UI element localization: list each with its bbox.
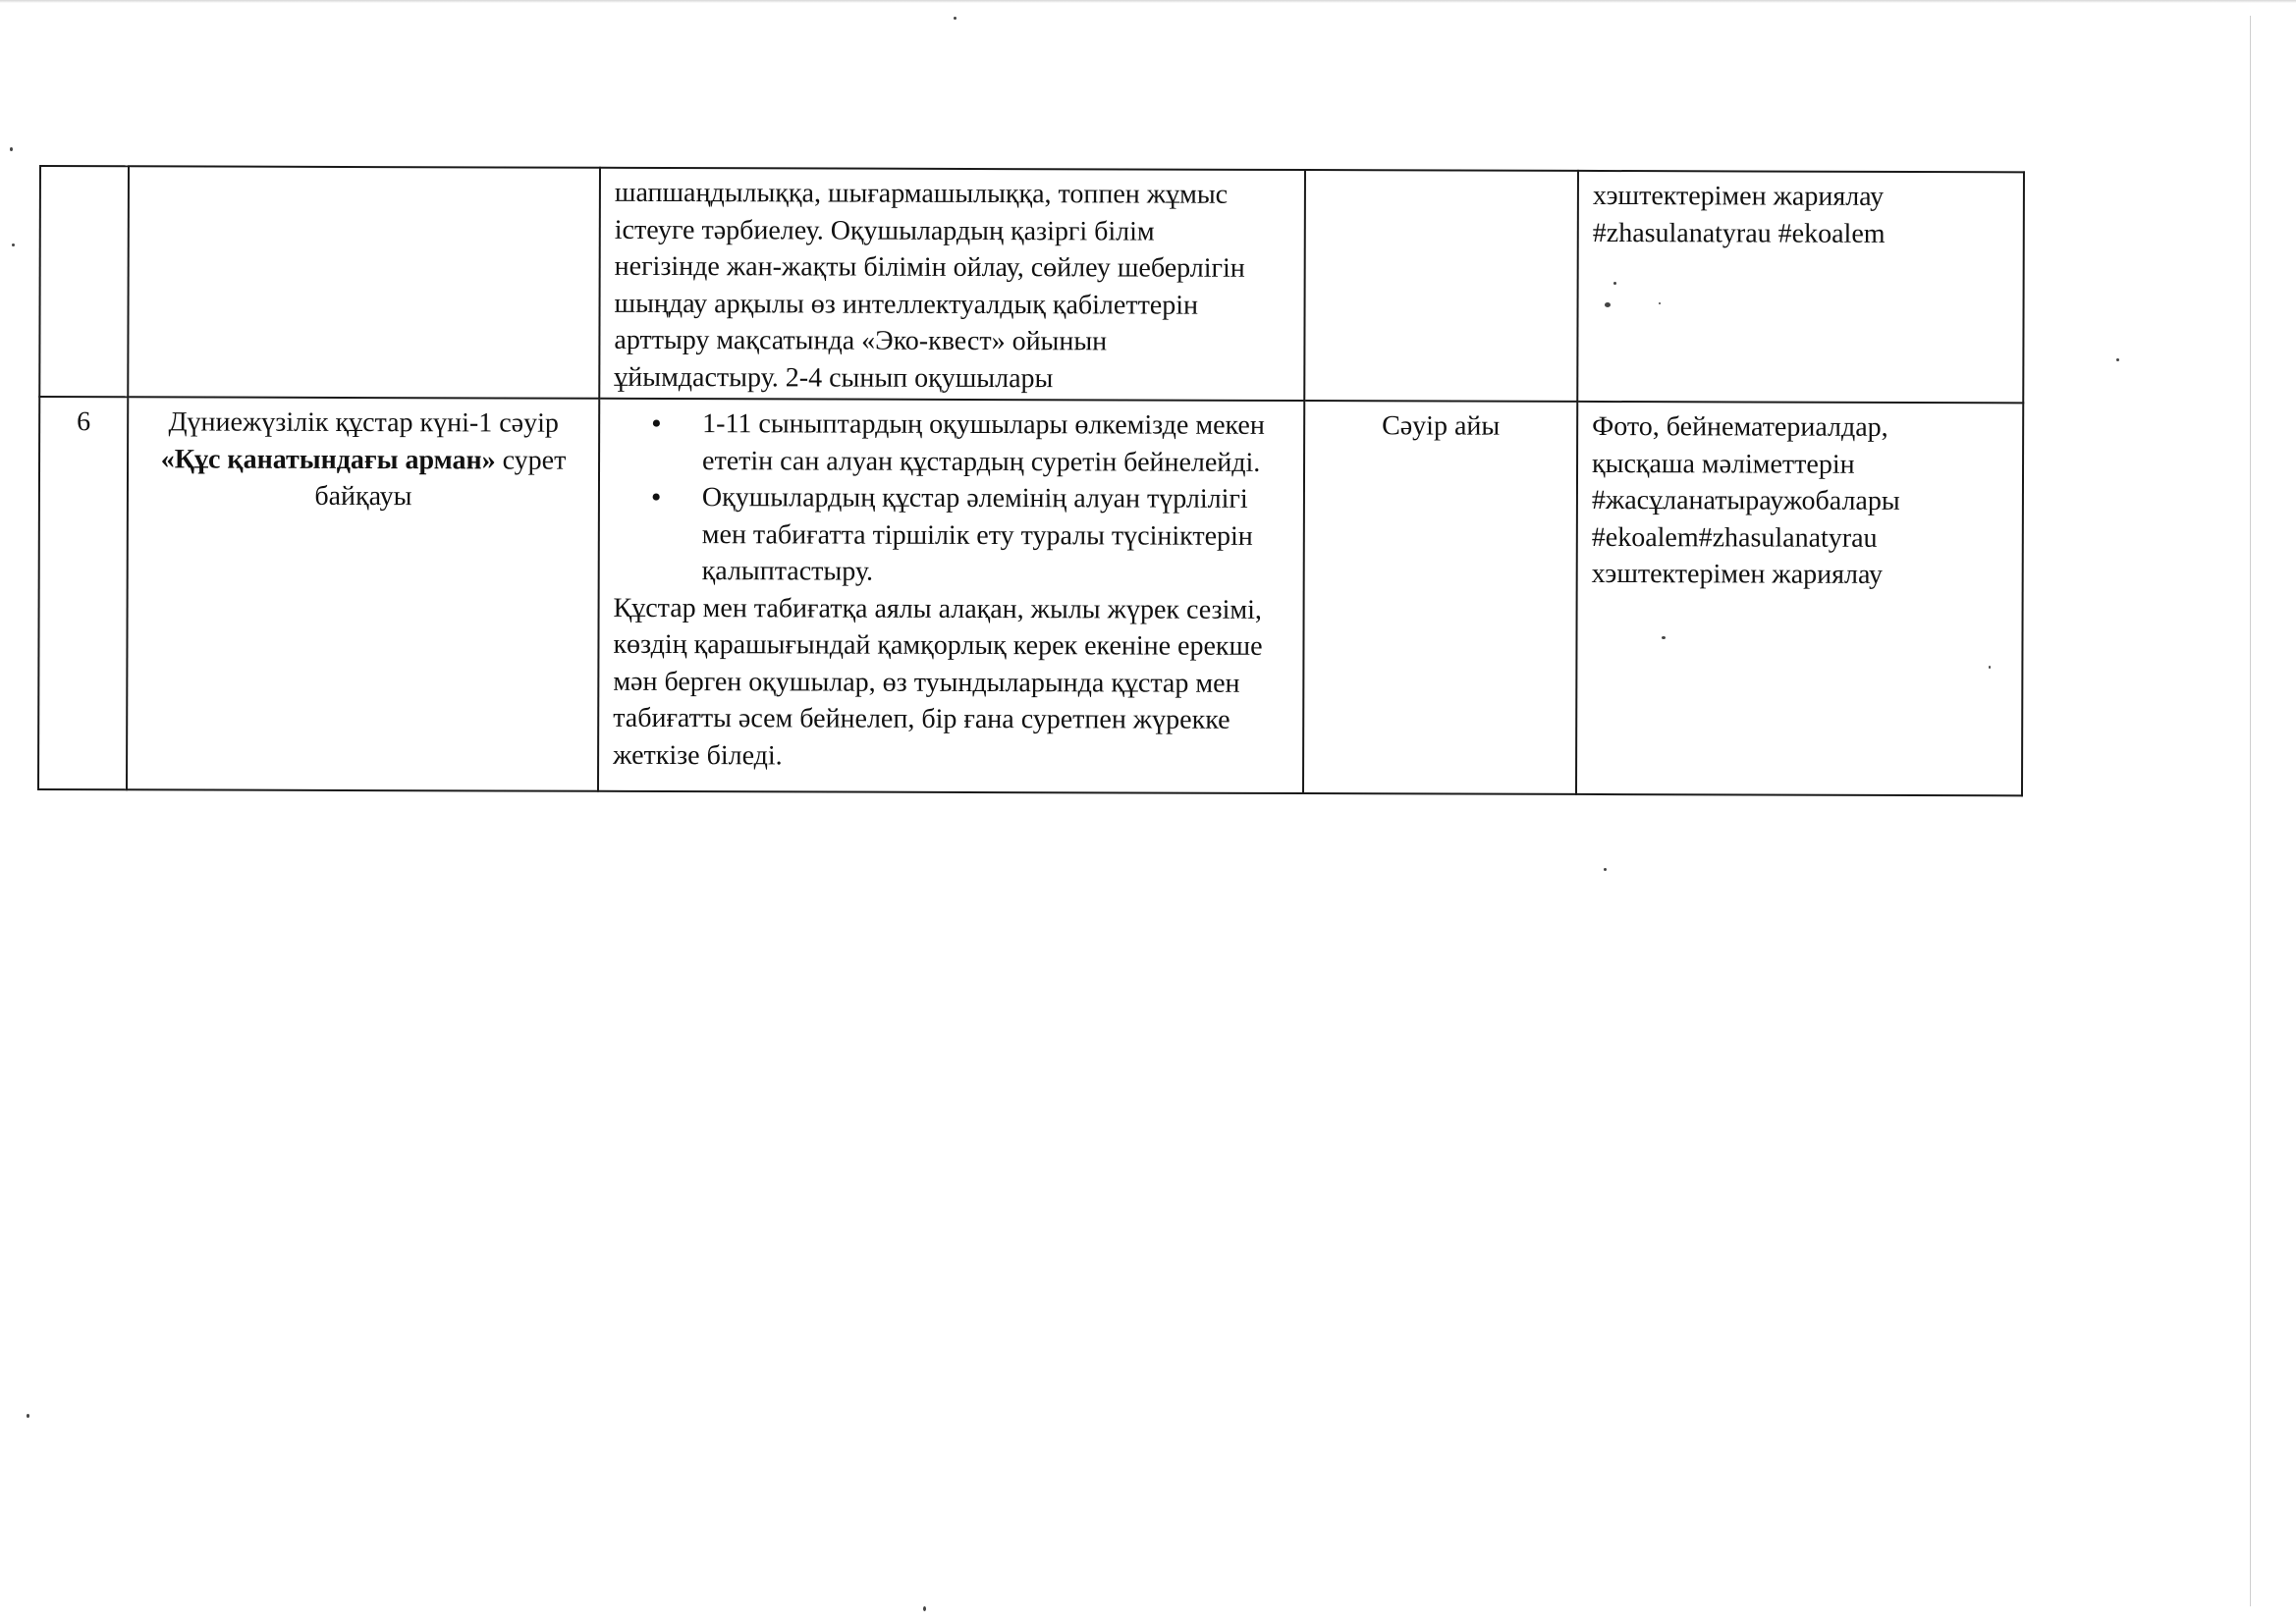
cell-number [39, 166, 129, 397]
bullet-item: 1-11 сыныптардың оқушылары өлкемізде мек… [702, 406, 1289, 481]
cell-event: Дүниежүзілік құстар күні-1 сәуір «Құс қа… [127, 397, 599, 791]
result-line: #жасұланатыраужобалары [1592, 482, 2008, 520]
scan-speck [954, 17, 957, 20]
bullet-item: Оқушылардың құстар әлемінің алуан түрліл… [702, 479, 1289, 591]
event-title-rest: сурет [496, 445, 567, 475]
description-line: шапшаңдылыққа, шығармашылыққа, топпен жұ… [615, 175, 1290, 214]
event-date-line: Дүниежүзілік құстар күні-1 сәуір [142, 404, 584, 442]
description-line: шыңдау арқылы өз интеллектуалдық қабілет… [615, 285, 1290, 324]
description-line: арттыру мақсатында «Эко-квест» ойынын [614, 322, 1289, 361]
cell-description: шапшаңдылыққа, шығармашылыққа, топпен жұ… [599, 168, 1305, 401]
scan-speck [1604, 868, 1607, 871]
scan-speck [27, 1414, 29, 1418]
table-row: 6 Дүниежүзілік құстар күні-1 сәуір «Құс … [38, 397, 2023, 795]
event-title-line: «Құс қанатындағы арман» сурет [142, 441, 584, 479]
table-row: шапшаңдылыққа, шығармашылыққа, топпен жұ… [39, 166, 2024, 403]
cell-description: 1-11 сыныптардың оқушылары өлкемізде мек… [598, 399, 1304, 793]
cell-result: Фото, бейнематериалдар, қысқаша мәліметт… [1576, 402, 2023, 795]
result-line: Фото, бейнематериалдар, [1592, 408, 2008, 447]
description-line: істеуге тәрбиелеу. Оқушылардың қазіргі б… [615, 211, 1290, 250]
scan-edge [0, 0, 2296, 3]
scan-speck [12, 244, 15, 246]
cell-number: 6 [38, 397, 128, 789]
cell-result: хэштектерімен жариялау #zhasulanatyrau #… [1577, 171, 2024, 403]
scan-speck [2116, 358, 2119, 361]
result-line: қысқаша мәліметтерін [1592, 445, 2008, 483]
cell-date [1304, 170, 1578, 402]
scan-margin-line [2250, 16, 2251, 1606]
cell-date: Сәуір айы [1303, 401, 1577, 794]
result-line: #zhasulanatyrau #ekoalem [1593, 214, 2009, 252]
event-type-line: байқауы [142, 477, 584, 515]
result-line: хэштектерімен жариялау [1593, 178, 2009, 216]
description-paragraph: Құстар мен табиғатқа аялы алақан, жылы ж… [613, 589, 1289, 776]
description-line: негізінде жан-жақты білімін ойлау, сөйле… [615, 248, 1290, 288]
description-line: ұйымдастыру. 2-4 сынып оқушылары [614, 358, 1289, 398]
result-line: #ekoalem#zhasulanatyrau [1592, 518, 2008, 557]
cell-event [128, 166, 600, 399]
event-title: «Құс қанатындағы арман» [161, 444, 496, 475]
scan-speck [10, 147, 13, 151]
result-line: хэштектерімен жариялау [1592, 556, 2008, 594]
events-plan-table: шапшаңдылыққа, шығармашылыққа, топпен жұ… [37, 165, 2025, 796]
scan-speck [923, 1606, 926, 1611]
description-bullets: 1-11 сыныптардың оқушылары өлкемізде мек… [614, 406, 1290, 592]
